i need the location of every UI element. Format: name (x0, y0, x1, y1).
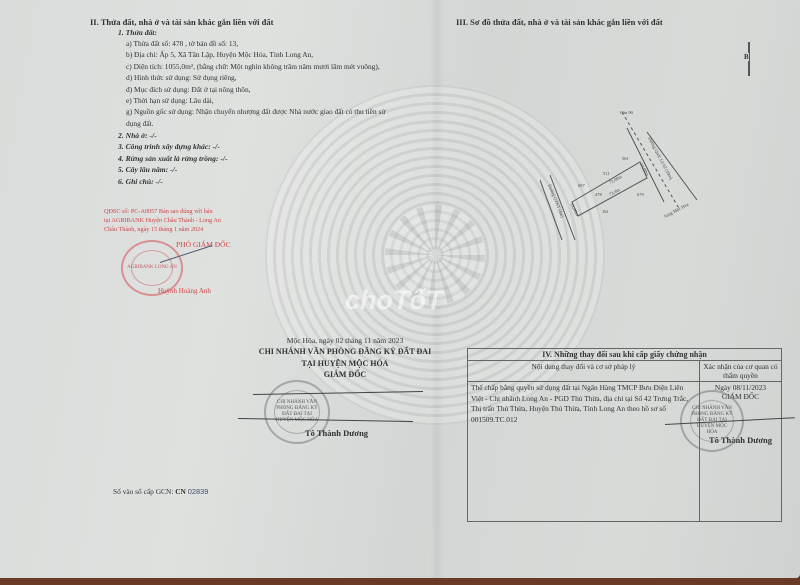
section-iv-title: IV. Những thay đổi sau khi cấp giấy chứn… (468, 349, 782, 361)
land-line: a) Thửa đất số: 478 , tờ bản đồ số: 13, (126, 38, 385, 49)
land-details: a) Thửa đất số: 478 , tờ bản đồ số: 13, … (126, 38, 385, 129)
item-other-construction: 3. Công trình xây dựng khác: -/- (118, 141, 228, 152)
registry-value: 02839 (188, 487, 209, 496)
copy-stamp-line: QĐSC số: PC-A0057 Bản sao đúng với bản (104, 207, 221, 216)
north-label: B (744, 53, 749, 61)
map-label-parcel: 478 (595, 192, 603, 197)
land-heading: 1. Thửa đất: (118, 27, 157, 38)
change-entry-content: Thế chấp bằng quyền sử dụng đất tại Ngân… (468, 382, 700, 522)
land-line: c) Diện tích: 1055,0m², (bằng chữ: Một n… (126, 61, 385, 72)
copy-stamp-line: tại AGRIBANK Huyện Châu Thành - Long An (104, 216, 221, 225)
land-line: b) Địa chỉ: Ấp 5, Xã Tân Lập, Huyện Mộc … (126, 49, 385, 60)
map-label-south: Sang Mộc Hóa (663, 202, 689, 219)
map-label-511: 511 (603, 171, 610, 176)
item-notes: 6. Ghi chú: -/- (118, 176, 228, 187)
item-perennial-trees: 5. Cây lâu năm: -/- (118, 164, 228, 175)
copy-stamp-signer: Huỳnh Hoàng Anh (158, 287, 211, 296)
parcel-sketch-map: Cầu 90 561 511 697 478 679 161 72,00m 73… (540, 100, 720, 240)
agribank-seal-text: AGRIBANK LONG AN (131, 250, 173, 286)
issuing-office: CHI NHÁNH VĂN PHÒNG ĐĂNG KÝ ĐẤT ĐAI (220, 346, 470, 357)
land-certificate-page: II. Thửa đất, nhà ở và tài sản khác gắn … (0, 0, 800, 578)
copy-stamp-line: Châu Thành, ngày 15 tháng 1 năm 2024 (104, 225, 221, 234)
registry-number: Số vào sổ cấp GCN: CN 02839 (113, 487, 208, 496)
issue-date: Mộc Hóa, ngày 02 tháng 11 năm 2023 (220, 335, 470, 346)
certified-copy-stamp: QĐSC số: PC-A0057 Bản sao đúng với bản t… (104, 207, 221, 234)
map-label-north: Cầu 90 (620, 110, 634, 115)
map-label-561: 561 (622, 156, 629, 161)
issuing-office-district: TẠI HUYỆN MỘC HÓA (220, 358, 470, 369)
col-header-confirmation: Xác nhận của cơ quan có thẩm quyền (700, 361, 782, 382)
signature-block: Mộc Hóa, ngày 02 tháng 11 năm 2023 CHI N… (220, 335, 470, 381)
registry-label: Số vào sổ cấp GCN: (113, 487, 173, 496)
section-ii-title: II. Thửa đất, nhà ở và tài sản khác gắn … (90, 17, 273, 27)
map-label-679: 679 (637, 192, 645, 197)
section-iii-title: III. Sơ đồ thửa đất, nhà ở và tài sản kh… (456, 17, 663, 27)
land-line: đ) Mục đích sử dụng: Đất ở tại nông thôn… (126, 84, 385, 95)
col-header-content: Nội dung thay đổi và cơ sở pháp lý (468, 361, 700, 382)
registry-prefix: CN (175, 487, 186, 496)
land-line: e) Thời hạn sử dụng: Lâu dài, (126, 95, 385, 106)
map-label-161: 161 (602, 209, 609, 214)
chotot-watermark: choTốT (345, 285, 442, 316)
map-road-side: Đường GTNT (4m) (547, 184, 565, 219)
other-items: 2. Nhà ở: -/- 3. Công trình xây dựng khá… (118, 130, 228, 187)
map-road-main: Đường Quốc Lộ 62 (10m) (647, 136, 674, 181)
land-line: dụng đất. (126, 118, 385, 129)
signer-position: GIÁM ĐỐC (220, 369, 470, 380)
map-edge-top: 72,00m (608, 174, 623, 186)
map-edge-right: 14,00m (638, 162, 650, 177)
map-label-697: 697 (578, 183, 586, 188)
item-forest: 4. Rừng sản xuất là rừng trồng: -/- (118, 153, 228, 164)
item-house: 2. Nhà ở: -/- (118, 130, 228, 141)
land-line: d) Hình thức sử dụng: Sử dụng riêng, (126, 72, 385, 83)
director-name: Tô Thành Dương (305, 428, 368, 438)
land-line: g) Nguồn gốc sử dụng: Nhận chuyển nhượng… (126, 106, 385, 117)
map-edge-left: 14,40m (568, 202, 580, 217)
